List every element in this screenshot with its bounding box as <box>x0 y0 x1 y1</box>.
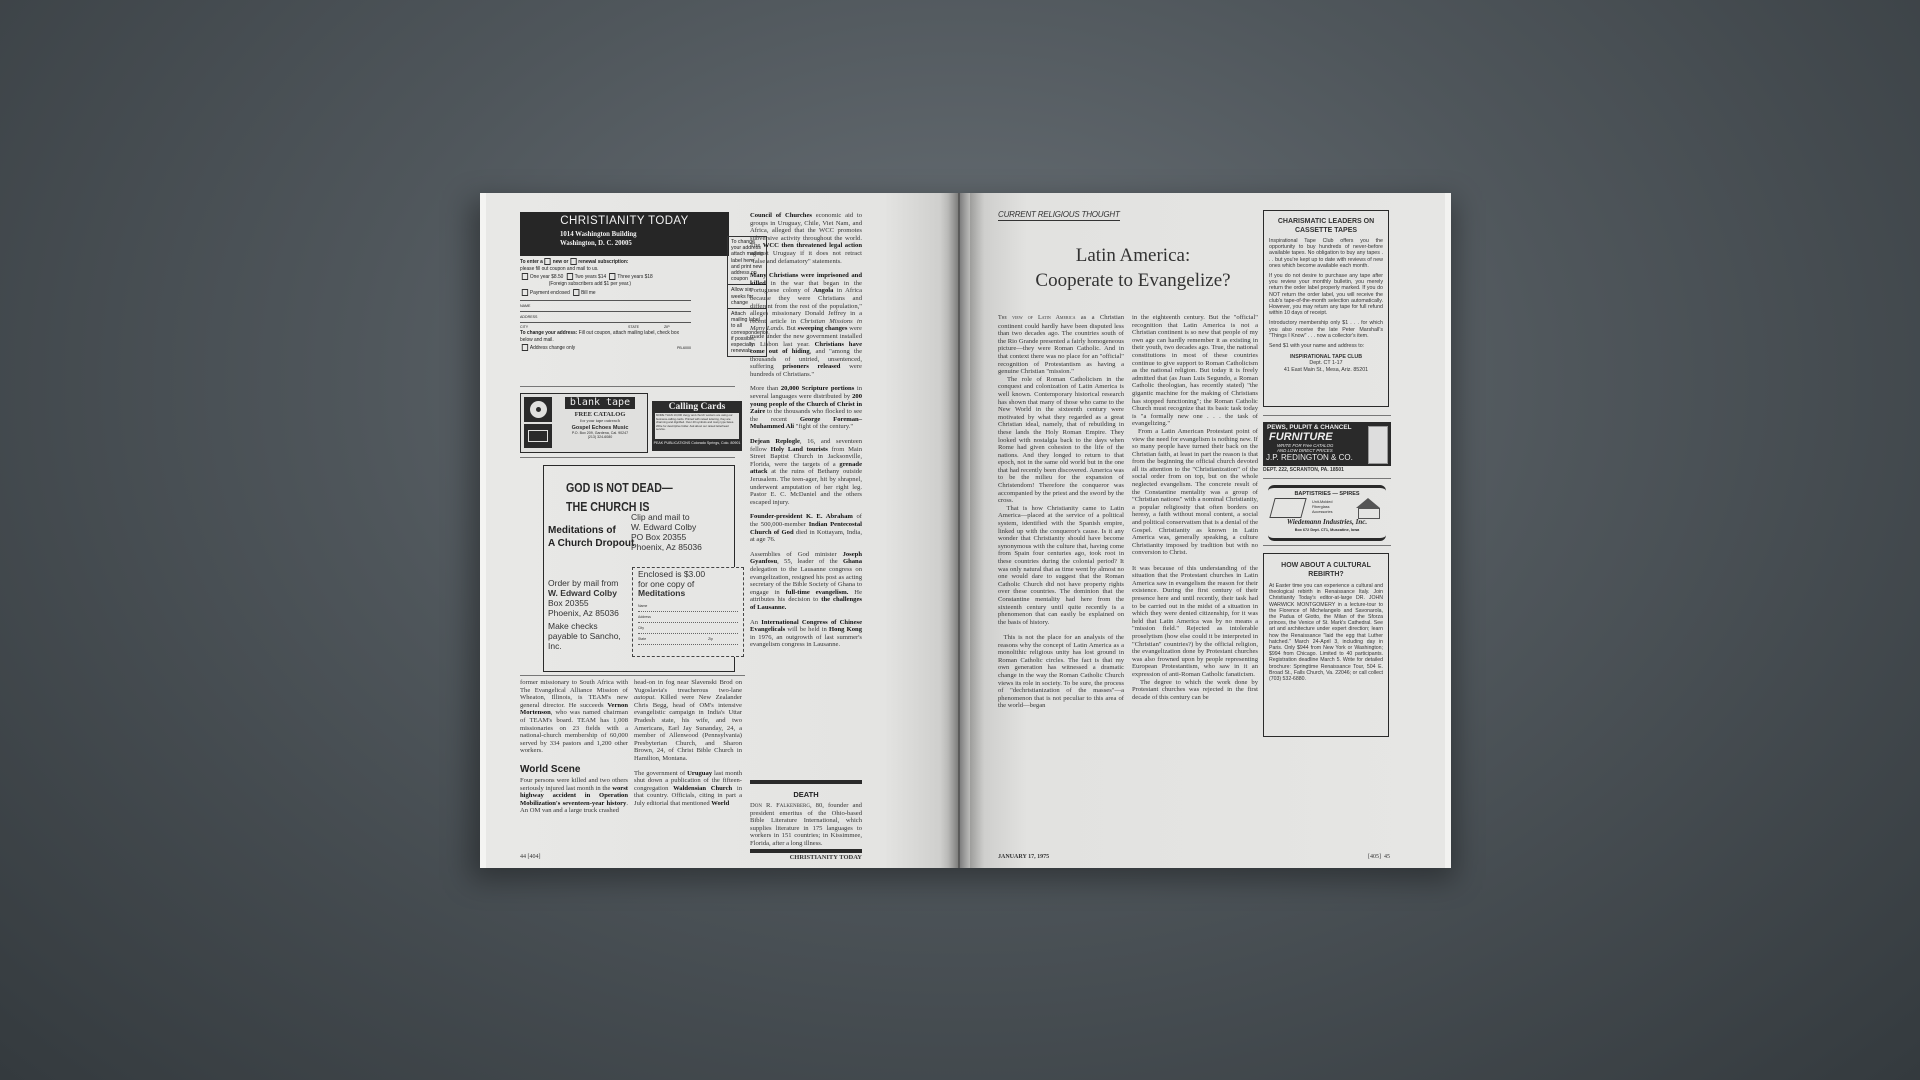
order-box: Box 20355 <box>548 598 628 608</box>
two-years-checkbox[interactable] <box>567 273 573 280</box>
payment-enclosed-checkbox[interactable] <box>522 289 528 296</box>
article-column-2: in the eighteenth century. But the "offi… <box>1132 314 1258 701</box>
ad-blank-tape: blank tape FREE CATALOG for your tape ou… <box>520 393 648 453</box>
baptistries-address: Box 672 Dept. CT1, Muscatine, Iowa <box>1268 528 1386 532</box>
clip-line: Clip and mail to <box>631 512 702 522</box>
bill-me-label: Bill me <box>581 290 596 296</box>
death-notice: Don R. Falkenberg, 80, founder and presi… <box>750 802 862 848</box>
one-year-checkbox[interactable] <box>522 273 528 280</box>
order-intro: Order by mail from <box>548 578 628 588</box>
death-rule-top <box>750 780 862 784</box>
order-form-fields: Name Address City StateZip <box>633 601 743 645</box>
two-years-label: Two years $14 <box>575 274 607 280</box>
death-rule-bottom <box>750 849 862 853</box>
divider <box>520 386 735 387</box>
blank-tape-catalog: FREE CATALOG <box>555 411 645 418</box>
article-headline: Latin America: Cooperate to Evangelize? <box>998 243 1268 293</box>
headline-line1: GOD IS NOT DEAD— <box>566 478 673 497</box>
cassette-p3: Introductory membership only $1 . . . fo… <box>1269 320 1383 339</box>
column-news-briefs: Council of Churches economic aid to grou… <box>750 212 862 656</box>
address-field[interactable]: ADDRESS <box>520 311 691 322</box>
church-spire-icon <box>1356 498 1380 508</box>
coupon-form: To enter anew orrenewal subscription: pl… <box>520 258 691 352</box>
article-column-1: The view of Latin America as a Christian… <box>998 314 1124 710</box>
furniture-address: DEPT. 222, SCRANTON, PA. 18501 <box>1263 467 1344 473</box>
calling-cards-title: Calling Cards <box>652 401 742 413</box>
subscription-coupon: CHRISTIANITY TODAY 1014 Washington Build… <box>520 212 743 382</box>
coupon-address-line1: 1014 Washington Building <box>520 230 729 239</box>
news-brief: Assemblies of God minister Joseph Gyanfo… <box>750 551 862 612</box>
new-checkbox[interactable] <box>545 258 551 265</box>
form-city-field[interactable]: City <box>638 623 738 634</box>
bill-me-checkbox[interactable] <box>573 289 579 296</box>
cassette-icon <box>524 424 552 448</box>
team-news-text: former missionary to South Africa with T… <box>520 679 628 755</box>
coupon-title: CHRISTIANITY TODAY <box>520 212 729 227</box>
ad-cassette-tapes: CHARISMATIC LEADERS ON CASSETTE TAPES In… <box>1263 210 1389 407</box>
blank-tape-outreach: for your tape outreach <box>555 418 645 423</box>
clip-line: PO Box 20355 <box>631 532 702 542</box>
clip-line: W. Edward Colby <box>631 522 702 532</box>
cassette-p2: If you do not desire to purchase any tap… <box>1269 273 1383 316</box>
renewal-label: renewal subscription: <box>578 259 628 265</box>
three-years-checkbox[interactable] <box>609 273 615 280</box>
three-years-label: Three years $18 <box>617 274 652 280</box>
baptistries-title: BAPTISTRIES — SPIRES <box>1268 491 1386 497</box>
zip-field[interactable]: ZIP <box>664 323 670 330</box>
right-page: CURRENT RELIGIOUS THOUGHT Latin America:… <box>970 193 1451 868</box>
bullet-item: Accessories <box>1312 510 1332 515</box>
headline-line2: Cooperate to Evangelize? <box>998 268 1268 293</box>
door-illustration-icon <box>1368 426 1388 464</box>
state-field[interactable]: STATE <box>628 323 664 330</box>
left-page: CHRISTIANITY TODAY 1014 Washington Build… <box>480 193 954 868</box>
new-label: new or <box>553 259 569 265</box>
baptistries-company: Wiedemann Industries, Inc. <box>1268 518 1386 526</box>
renewal-checkbox[interactable] <box>570 258 576 265</box>
coupon-address-line2: Washington, D. C. 20005 <box>520 239 729 248</box>
right-folio-page: [405] 45 <box>1350 854 1390 860</box>
enclosed-line3: Meditations <box>638 589 738 599</box>
god-not-dead-headline: GOD IS NOT DEAD— THE CHURCH IS <box>566 478 673 516</box>
order-name: W. Edward Colby <box>548 588 628 598</box>
cassette-p1: Inspirational Tape Club offers you the o… <box>1269 238 1383 269</box>
divider <box>1263 478 1391 479</box>
name-field[interactable]: NAME <box>520 300 691 311</box>
form-state-zip-row: StateZip <box>638 634 738 645</box>
blank-tape-phone: (213) 324-6080 <box>555 435 645 439</box>
calling-cards-body: MORE THAN 10,000 clergy and church worke… <box>655 413 739 439</box>
news-brief: Founder-president K. E. Abraham of the 5… <box>750 513 862 543</box>
baptistries-bullets: Unit-Molded Fiberglass Accessories <box>1312 500 1332 515</box>
uruguay-text: The government of Uruguay last month shu… <box>634 770 742 808</box>
om-news-text: head-on in fog near Slavenski Brod on Yu… <box>634 679 742 763</box>
payment-enclosed-label: Payment enclosed <box>530 290 570 296</box>
ad-furniture: PEWS, PULPIT & CHANCEL FURNITURE WRITE F… <box>1263 422 1391 466</box>
order-coupon: Enclosed is $3.00 for one copy of Medita… <box>632 567 744 657</box>
divider <box>520 675 745 676</box>
book-title: Meditations of A Church Dropout <box>548 524 634 550</box>
death-heading: DEATH <box>750 790 862 799</box>
ad-cultural-rebirth: HOW ABOUT A CULTURAL REBIRTH? At Easter … <box>1263 553 1389 737</box>
one-year-label: One year $8.50 <box>530 274 563 280</box>
ad-baptistries: BAPTISTRIES — SPIRES Unit-Molded Fibergl… <box>1268 485 1386 541</box>
news-brief: Dejean Replogle, 16, and seventeen fello… <box>750 438 862 506</box>
ad-calling-cards: Calling Cards MORE THAN 10,000 clergy an… <box>652 401 742 451</box>
cultural-title: HOW ABOUT A CULTURAL REBIRTH? <box>1279 561 1373 579</box>
coupon-header: CHRISTIANITY TODAY 1014 Washington Build… <box>520 212 729 256</box>
address-change-checkbox[interactable] <box>522 344 528 351</box>
checks-payable: Make checks payable to Sancho, Inc. <box>548 621 628 651</box>
clip-and-mail: Clip and mail to W. Edward Colby PO Box … <box>631 512 702 552</box>
enclosed-text: Enclosed is $3.00 for one copy of Medita… <box>633 568 743 601</box>
foreign-note: (Foreign subscribers add $1 per year.) <box>520 281 691 288</box>
cultural-body: At Easter time you can experience a cult… <box>1269 583 1383 682</box>
form-state-field[interactable]: State <box>638 634 646 644</box>
baptistry-tank-icon <box>1269 498 1306 518</box>
cassette-p4: Send $1 with your name and address to: <box>1269 343 1383 349</box>
cassette-address: 41 East Main St., Mesa, Ariz. 85201 <box>1269 367 1383 373</box>
news-brief: An International Congress of Chinese Eva… <box>750 619 862 649</box>
left-running-foot: CHRISTIANITY TODAY <box>750 854 862 861</box>
headline-line1: Latin America: <box>998 243 1268 268</box>
city-field[interactable]: CITY <box>520 323 628 330</box>
news-brief: More than 20,000 Scripture portions in s… <box>750 385 862 431</box>
order-city: Phoenix, Az 85036 <box>548 608 628 618</box>
order-info: Order by mail from W. Edward Colby Box 2… <box>548 578 628 651</box>
divider <box>1263 545 1391 546</box>
form-name-field[interactable]: Name <box>638 601 738 612</box>
column-team-news: former missionary to South Africa with T… <box>520 679 628 815</box>
form-address-field[interactable]: Address <box>638 612 738 623</box>
city-state-zip-row: CITYSTATEZIP <box>520 322 691 330</box>
form-zip-field[interactable]: Zip <box>708 634 713 644</box>
news-brief: Council of Churches economic aid to grou… <box>750 212 862 265</box>
world-scene-text: Four persons were killed and two others … <box>520 777 628 815</box>
divider <box>1263 415 1391 416</box>
section-label: CURRENT RELIGIOUS THOUGHT <box>998 210 1120 221</box>
spine-gutter <box>948 193 970 868</box>
blank-tape-text: blank tape FREE CATALOG for your tape ou… <box>555 397 645 439</box>
cassette-title: CHARISMATIC LEADERS ON CASSETTE TAPES <box>1277 217 1375 235</box>
right-folio-date: JANUARY 17, 1975 <box>998 854 1049 860</box>
left-folio: 44 [404] <box>520 854 541 860</box>
blank-tape-title: blank tape <box>565 397 635 409</box>
divider <box>520 457 735 458</box>
change-address-heading: To change your address: <box>520 330 577 336</box>
calling-cards-footer: PEAK PUBLICATIONS Colorado Springs, Colo… <box>652 439 742 448</box>
tape-reel-icon <box>524 397 552 422</box>
news-brief: Many Christians were imprisoned and kill… <box>750 272 862 378</box>
coupon-instruction: please fill out coupon and mail to us. <box>520 266 691 273</box>
address-change-label: Address change only <box>530 345 575 351</box>
coupon-code: PB-6000 <box>677 344 691 352</box>
world-scene-heading: World Scene <box>520 763 628 777</box>
enter-label: To enter a <box>520 259 543 265</box>
clip-line: Phoenix, Az 85036 <box>631 542 702 552</box>
book-title-line1: Meditations of <box>548 524 634 537</box>
column-om-news: head-on in fog near Slavenski Brod on Yu… <box>634 679 742 808</box>
book-title-line2: A Church Dropout <box>548 537 634 550</box>
